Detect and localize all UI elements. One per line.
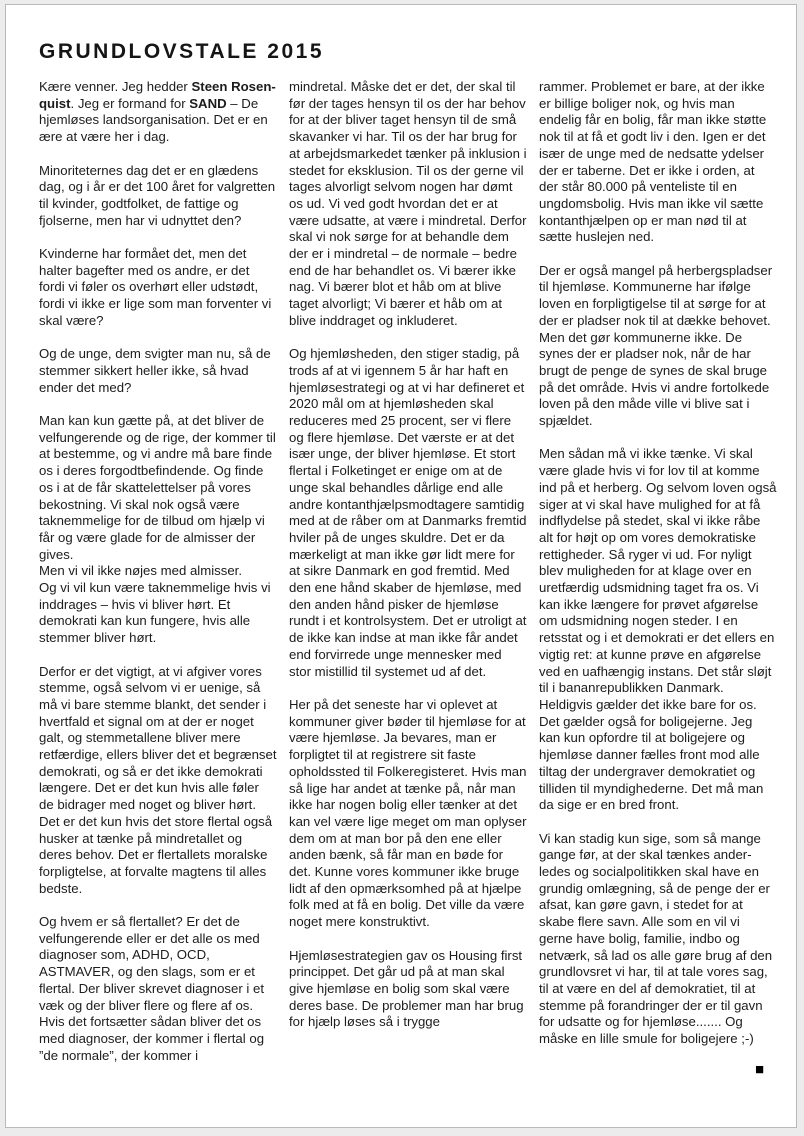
text-run: Kvinderne har formået det, men det halte… (39, 246, 271, 328)
text-run: Man kan kun gætte på, at det bliver de v… (39, 413, 276, 562)
end-of-article-marker: ■ (539, 1062, 777, 1079)
page-title: GRUNDLOVSTALE 2015 (39, 40, 775, 64)
text-run: Og vi vil kun være taknemmelige hvis vi … (39, 580, 271, 645)
text-run: Minoriteternes dag det er en glædens dag… (39, 163, 275, 228)
black-square-icon: ■ (755, 1064, 764, 1075)
paragraph: Og hjemløsheden, den stiger stadig, på t… (289, 346, 527, 680)
text-column-3: rammer. Problemet er bare, at der ikke e… (539, 79, 777, 1078)
paragraph: Men vi vil ikke nøjes med almisser. (39, 563, 277, 580)
text-run: Kære venner. Jeg hedder (39, 79, 192, 94)
paragraph: Og hvem er så flertallet? Er det de velf… (39, 914, 277, 1064)
paragraph: Derfor er det vigtigt, at vi afgiver vo­… (39, 664, 277, 898)
paragraph: Hjemløsestrategien gav os Housing first … (289, 948, 527, 1032)
paragraph: Kære venner. Jeg hedder Steen Rosen­quis… (39, 79, 277, 146)
document-page: GRUNDLOVSTALE 2015 Kære venner. Jeg hedd… (5, 4, 797, 1128)
text-run: Der er også mangel på herbergsplad­ser t… (539, 263, 772, 428)
columns: Kære venner. Jeg hedder Steen Rosen­quis… (39, 79, 775, 1078)
text-run: Vi kan stadig kun sige, som så mange gan… (539, 831, 772, 1046)
paragraph: Man kan kun gætte på, at det bliver de v… (39, 413, 277, 563)
paragraph: Og de unge, dem svigter man nu, så de st… (39, 346, 277, 396)
text-run: Men sådan må vi ikke tænke. Vi skal være… (539, 446, 777, 812)
paragraph: Minoriteternes dag det er en glædens dag… (39, 163, 277, 230)
bold-text-run: SAND (189, 96, 226, 111)
text-run: Her på det seneste har vi oplevet at kom… (289, 697, 526, 929)
text-run: Og hjemløsheden, den stiger stadig, på t… (289, 346, 526, 678)
text-run: Derfor er det vigtigt, at vi afgiver vo­… (39, 664, 277, 896)
paragraph: Der er også mangel på herbergsplad­ser t… (539, 263, 777, 430)
text-run: . Jeg er formand for (71, 96, 190, 111)
text-run: rammer. Problemet er bare, at der ikke e… (539, 79, 766, 244)
paragraph: Vi kan stadig kun sige, som så mange gan… (539, 831, 777, 1048)
paragraph: Her på det seneste har vi oplevet at kom… (289, 697, 527, 931)
paragraph: Men sådan må vi ikke tænke. Vi skal være… (539, 446, 777, 813)
paragraph: mindretal. Måske det er det, der skal ti… (289, 79, 527, 330)
text-run: Og de unge, dem svigter man nu, så de st… (39, 346, 271, 394)
text-column-2: mindretal. Måske det er det, der skal ti… (289, 79, 527, 1078)
text-column-1: Kære venner. Jeg hedder Steen Rosen­quis… (39, 79, 277, 1078)
text-run: mindretal. Måske det er det, der skal ti… (289, 79, 527, 328)
text-run: Og hvem er så flertallet? Er det de velf… (39, 914, 264, 1063)
paragraph: rammer. Problemet er bare, at der ikke e… (539, 79, 777, 246)
paragraph: Og vi vil kun være taknemmelige hvis vi … (39, 580, 277, 647)
paragraph: Kvinderne har formået det, men det halte… (39, 246, 277, 330)
text-run: Men vi vil ikke nøjes med almisser. (39, 563, 242, 578)
text-run: Hjemløsestrategien gav os Housing first … (289, 948, 524, 1030)
